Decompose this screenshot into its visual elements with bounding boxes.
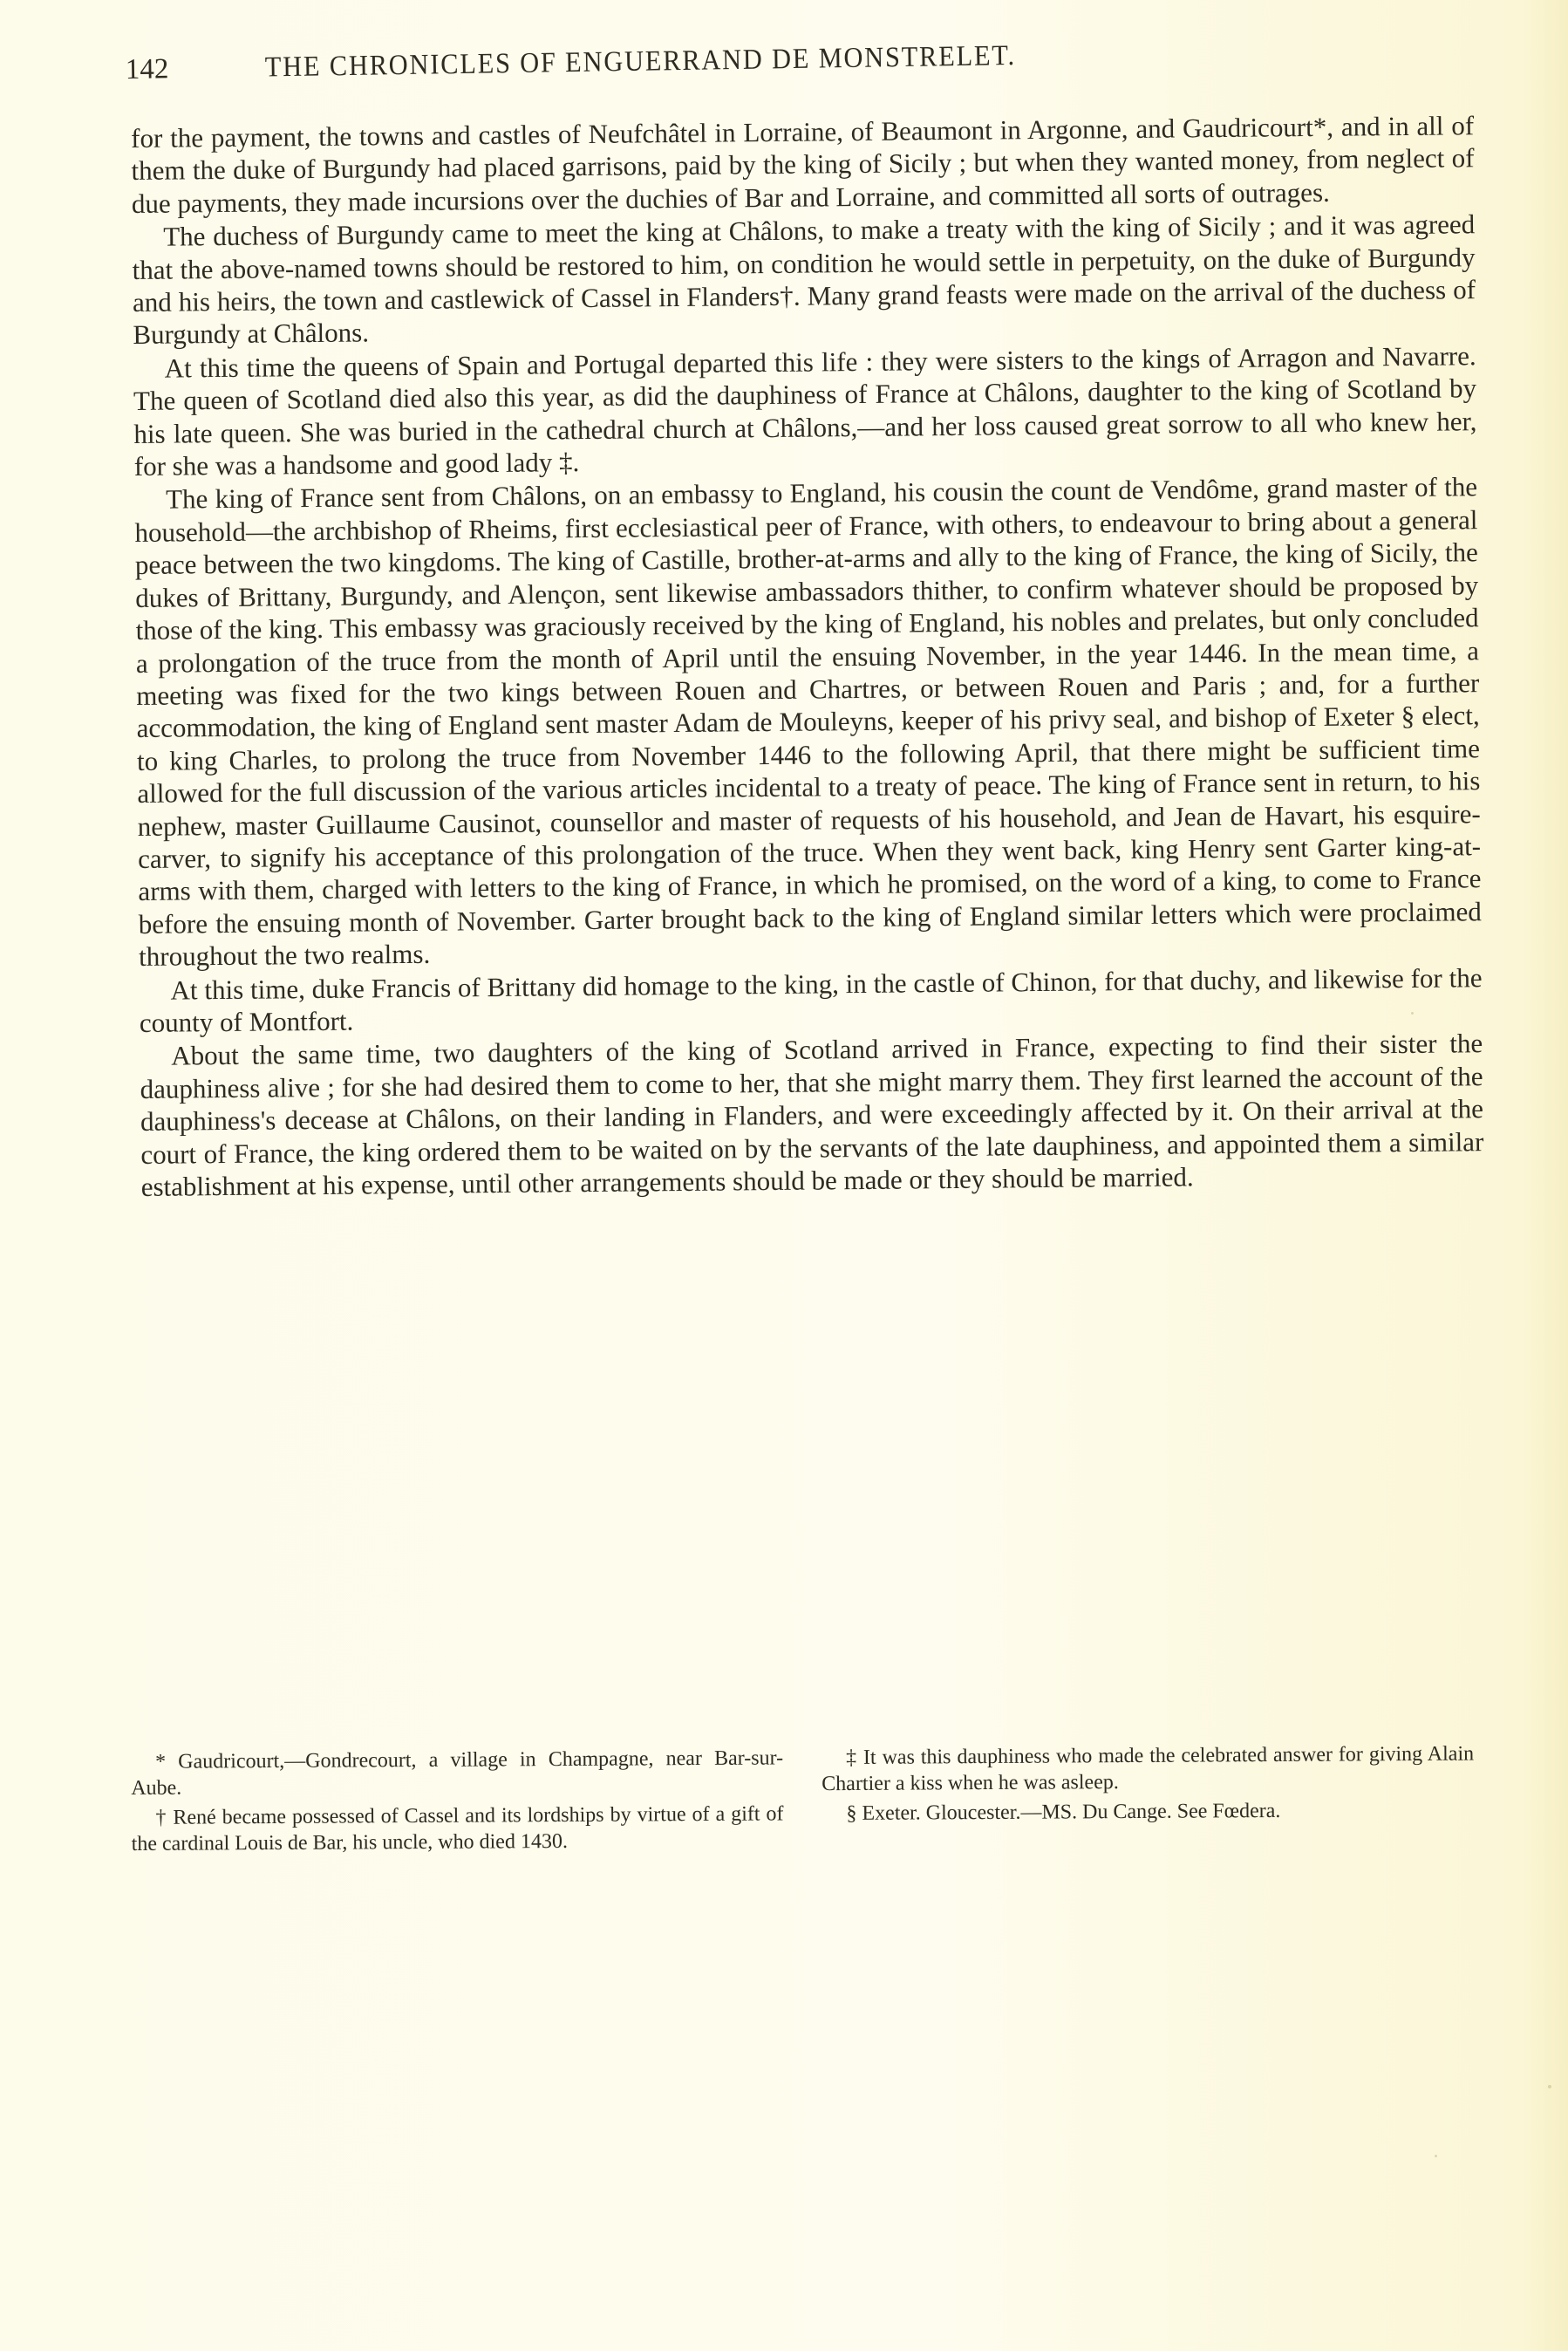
footnote-section: § Exeter. Gloucester.—MS. Du Cange. See … xyxy=(821,1797,1474,1828)
footnote-asterisk: * Gaudricourt,—Gondrecourt, a village in… xyxy=(131,1745,783,1801)
paragraph-duchess-of-burgundy: The duchess of Burgundy came to meet the… xyxy=(132,208,1476,351)
footnotes-left-column: * Gaudricourt,—Gondrecourt, a village in… xyxy=(131,1745,784,1861)
paper-speck xyxy=(1548,2085,1551,2088)
paragraph-daughters-of-scotland: About the same time, two daughters of th… xyxy=(140,1028,1484,1204)
footnotes: * Gaudricourt,—Gondrecourt, a village in… xyxy=(131,1741,1475,1861)
footnote-double-dagger: ‡ It was this dauphiness who made the ce… xyxy=(821,1741,1474,1798)
running-head: 142 THE CHRONICLES OF ENGUERRAND DE MONS… xyxy=(126,34,1408,98)
paragraph-duke-of-brittany-homage: At this time, duke Francis of Brittany d… xyxy=(139,961,1483,1040)
paper-speck xyxy=(1411,1012,1414,1015)
paragraph-queens-died: At this time the queens of Spain and Por… xyxy=(133,339,1477,482)
paragraph-continuation: for the payment, the towns and castles o… xyxy=(131,109,1475,220)
paper-speck xyxy=(1435,2155,1437,2157)
page-number: 142 xyxy=(126,51,266,86)
running-title: THE CHRONICLES OF ENGUERRAND DE MONSTREL… xyxy=(265,40,1017,85)
paragraph-embassy-to-england: The king of France sent from Châlons, on… xyxy=(134,471,1482,974)
main-text: for the payment, the towns and castles o… xyxy=(131,109,1484,1203)
footnotes-right-column: ‡ It was this dauphiness who made the ce… xyxy=(821,1741,1475,1857)
footnote-dagger: † René became possessed of Cassel and it… xyxy=(131,1801,783,1857)
